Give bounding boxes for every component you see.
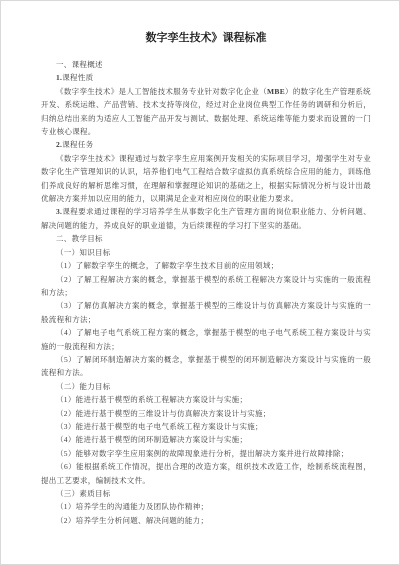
list-item: （2）能进行基于模型的三维设计与仿真解决方案设计与实施； [41, 407, 371, 420]
subsection-heading: （二）能力目标 [41, 380, 371, 393]
list-item: （3）能进行基于模型的电子电气系统工程方案设计与实施； [41, 420, 371, 433]
subsection-heading: 2.课程任务 [41, 138, 371, 151]
list-item: （1）了解数字孪生的概念，了解数字孪生技术目前的应用领域； [41, 259, 371, 272]
list-item: （2）了解工程解决方案的概念，掌握基于模型的系统工程解决方案设计与实施的一般流程… [41, 273, 371, 300]
section-heading: 一、课程概述 [41, 58, 371, 71]
list-item: （5）了解闭环制造解决方案的概念，掌握基于模型的闭环制造解决方案设计与实施的一般… [41, 353, 371, 380]
document-page: 数字孪生技术》课程标准 一、课程概述 1.课程性质 《数字孪生技术》是人工智能技… [0, 0, 400, 565]
paragraph: 《数字孪生技术》是人工智能技术服务专业针对数字化企业（MBE）的数字化生产管理系… [41, 85, 371, 139]
paragraph-bold-text: MBE [267, 87, 285, 96]
paragraph-text: 课程要求通过课程的学习培养学生从事数字化生产管理方面的岗位职业能力、分析问题、解… [41, 207, 371, 229]
paragraph-text: 《数字孪生技术》是人工智能技术服务专业针对数字化企业（ [56, 87, 267, 96]
subsection-label: 课程任务 [62, 140, 93, 149]
subsection-heading: （一）知识目标 [41, 246, 371, 259]
list-item: （3）了解仿真解决方案的概念，掌握基于模型的三维设计与仿真解决方案设计与实施的一… [41, 299, 371, 326]
list-item: （1）培养学生的沟通能力及团队协作精神； [41, 500, 371, 513]
section-heading: 二、教学目标 [41, 232, 371, 245]
list-item: （4）了解电子电气系统工程方案的概念，掌握基于模型的电子电气系统工程方案设计与实… [41, 326, 371, 353]
list-item: （5）能够对数字孪生应用案例的故障现象进行分析，提出解决方案并进行故障排除； [41, 447, 371, 460]
subsection-label: 课程性质 [62, 73, 93, 82]
subsection-heading: 1.课程性质 [41, 71, 371, 84]
list-item: （4）能进行基于模型的闭环制造解决方案设计与实施； [41, 433, 371, 446]
list-item: （1）能进行基于模型的系统工程解决方案设计与实施； [41, 393, 371, 406]
list-item: （6）能根据系统工作情况，提出合理的改造方案，组织技术改造工作，绘制系统流程图，… [41, 460, 371, 487]
document-title: 数字孪生技术》课程标准 [41, 31, 371, 46]
subsection-heading: （三）素质目标 [41, 487, 371, 500]
list-item: （2）培养学生分析问题、解决问题的能力； [41, 514, 371, 527]
paragraph: 《数字孪生技术》课程通过与数字孪生应用案例开发相关的实际项目学习，增强学生对专业… [41, 152, 371, 206]
paragraph: 3.课程要求通过课程的学习培养学生从事数字化生产管理方面的岗位职业能力、分析问题… [41, 205, 371, 232]
